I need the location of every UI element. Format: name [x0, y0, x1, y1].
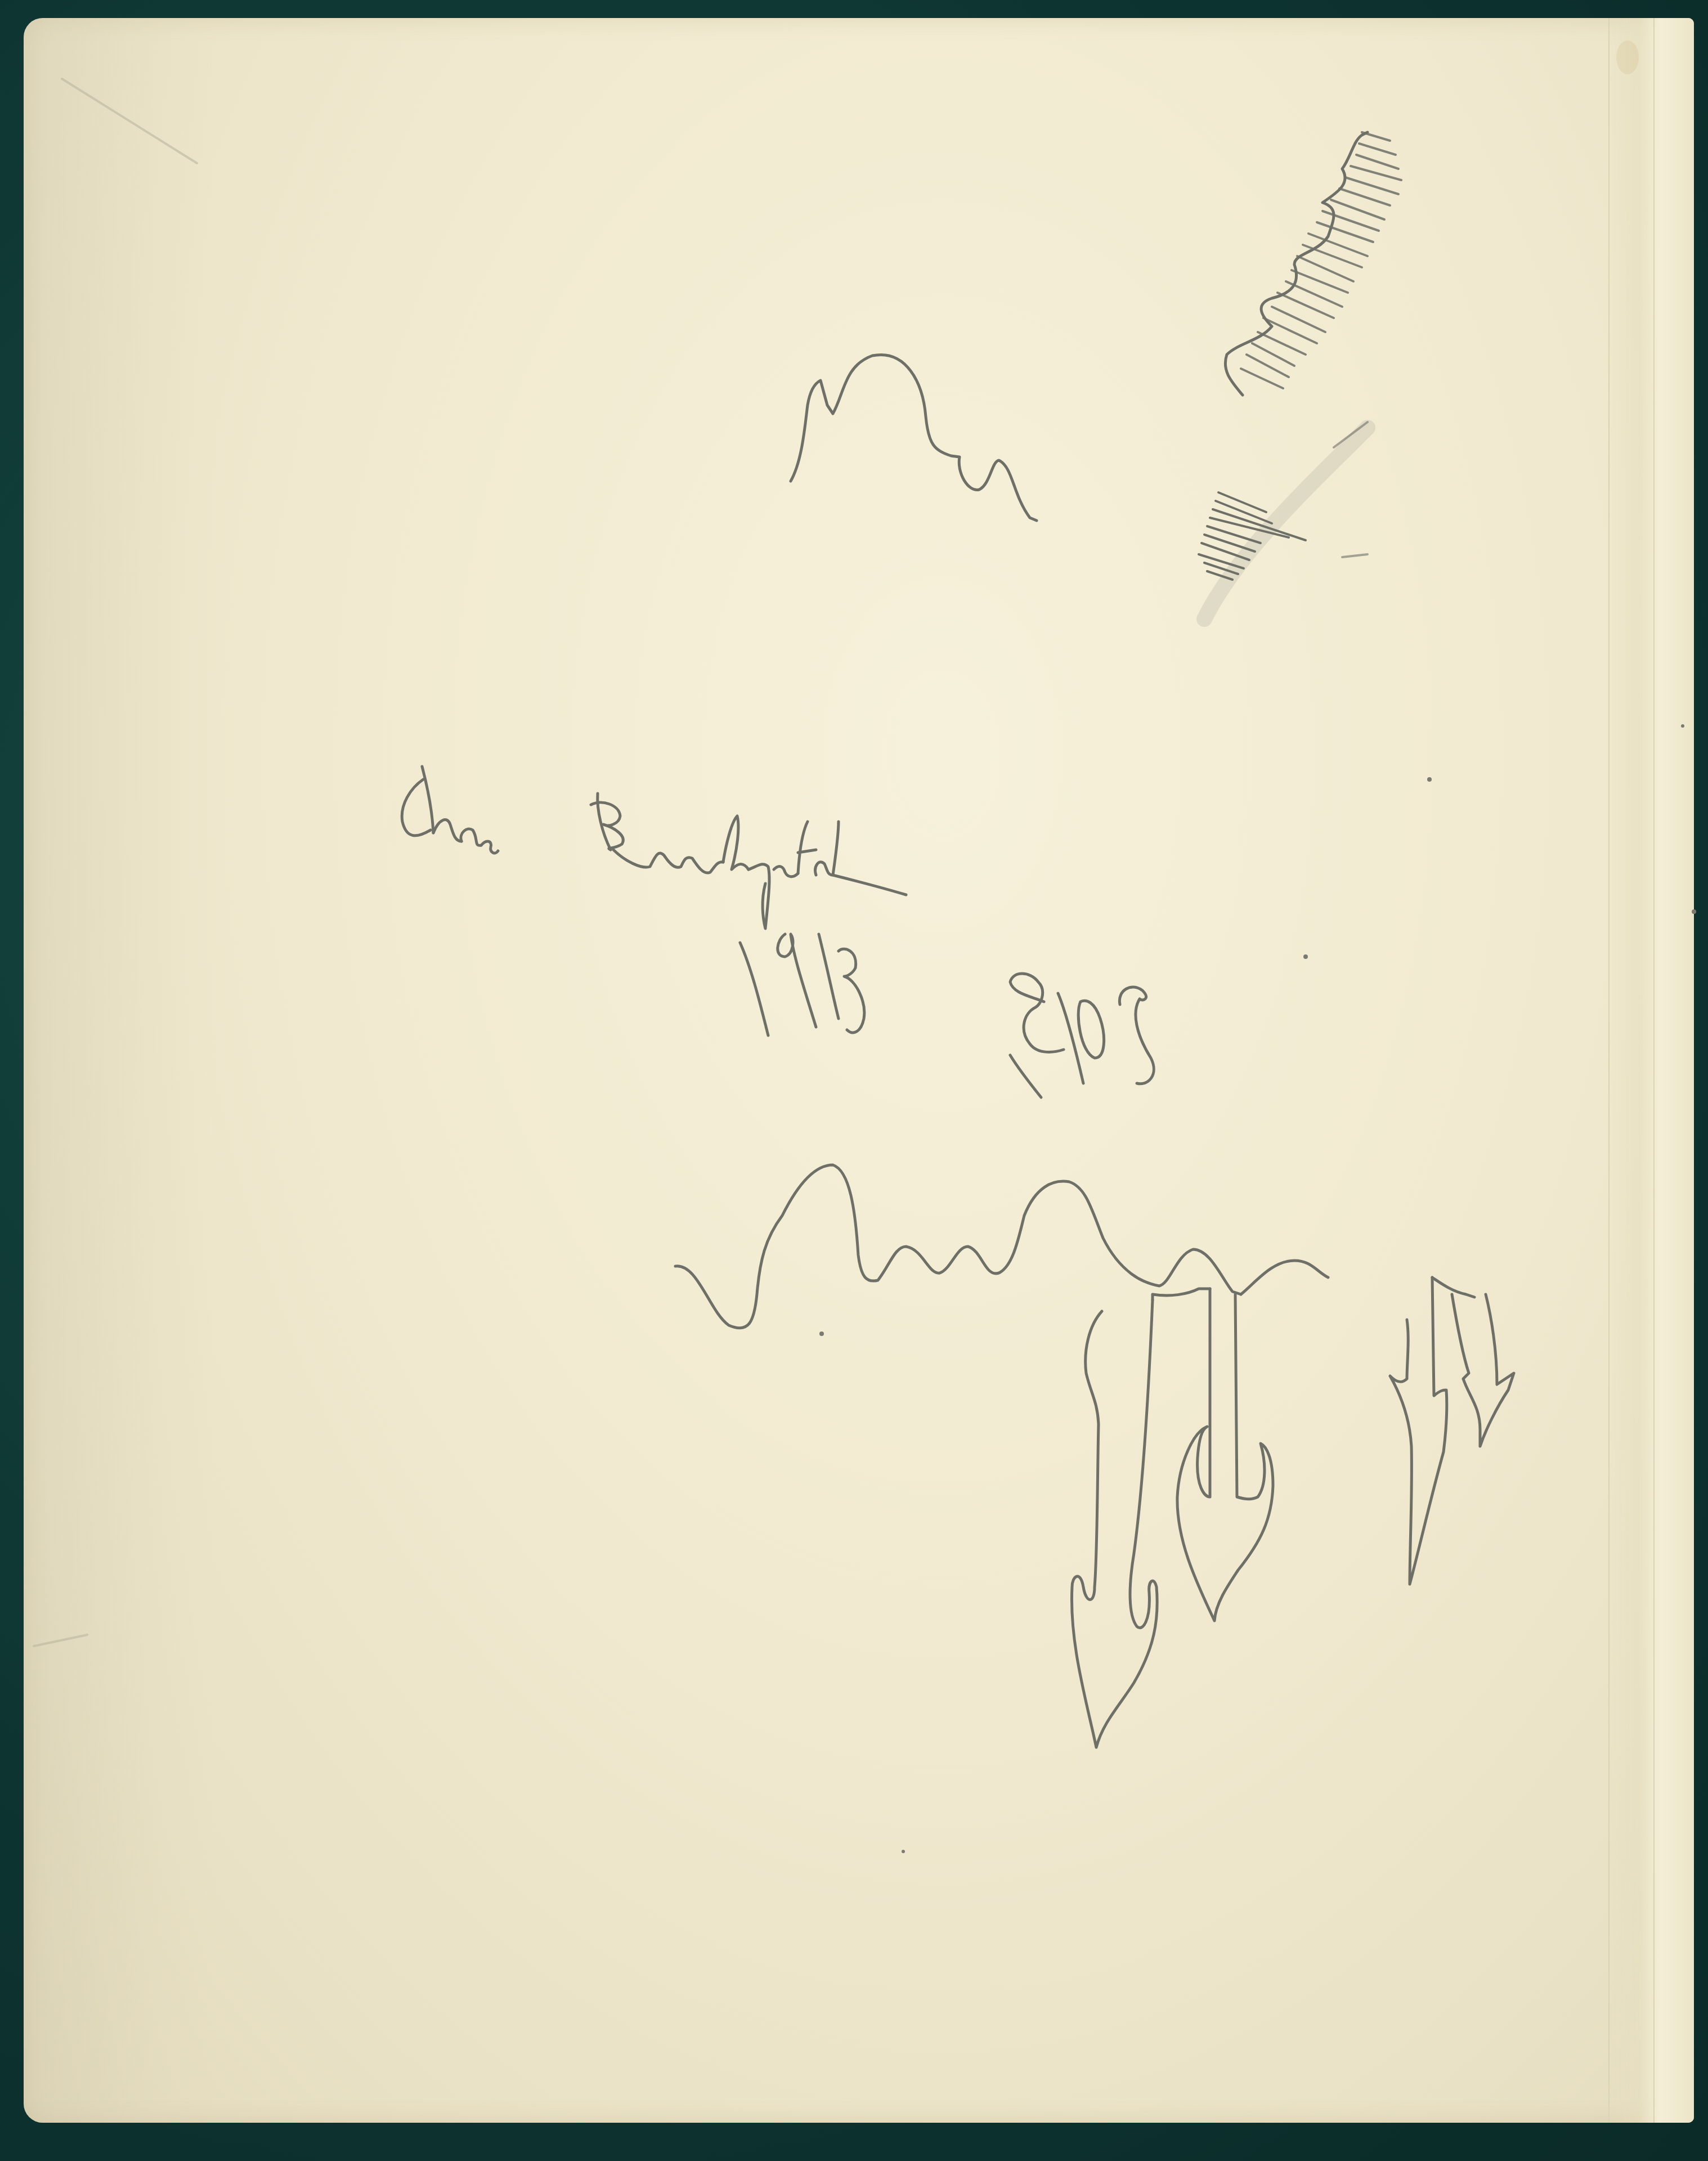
year-handwriting	[740, 934, 864, 1035]
sketch-flame-shapes	[1072, 1277, 1514, 1747]
signature-handwriting	[402, 766, 906, 929]
sketch-hatched-patch	[1199, 422, 1368, 619]
sketch-wavy-line-top	[791, 355, 1037, 521]
pencil-sketches	[0, 0, 1708, 2161]
mirrored-note-handwriting	[1010, 974, 1154, 1097]
hatching-lines-top	[1241, 132, 1401, 388]
corner-fold-marks	[34, 79, 197, 1646]
paper-specks	[819, 724, 1696, 1853]
sketch-wavy-line-bottom	[675, 1165, 1328, 1328]
